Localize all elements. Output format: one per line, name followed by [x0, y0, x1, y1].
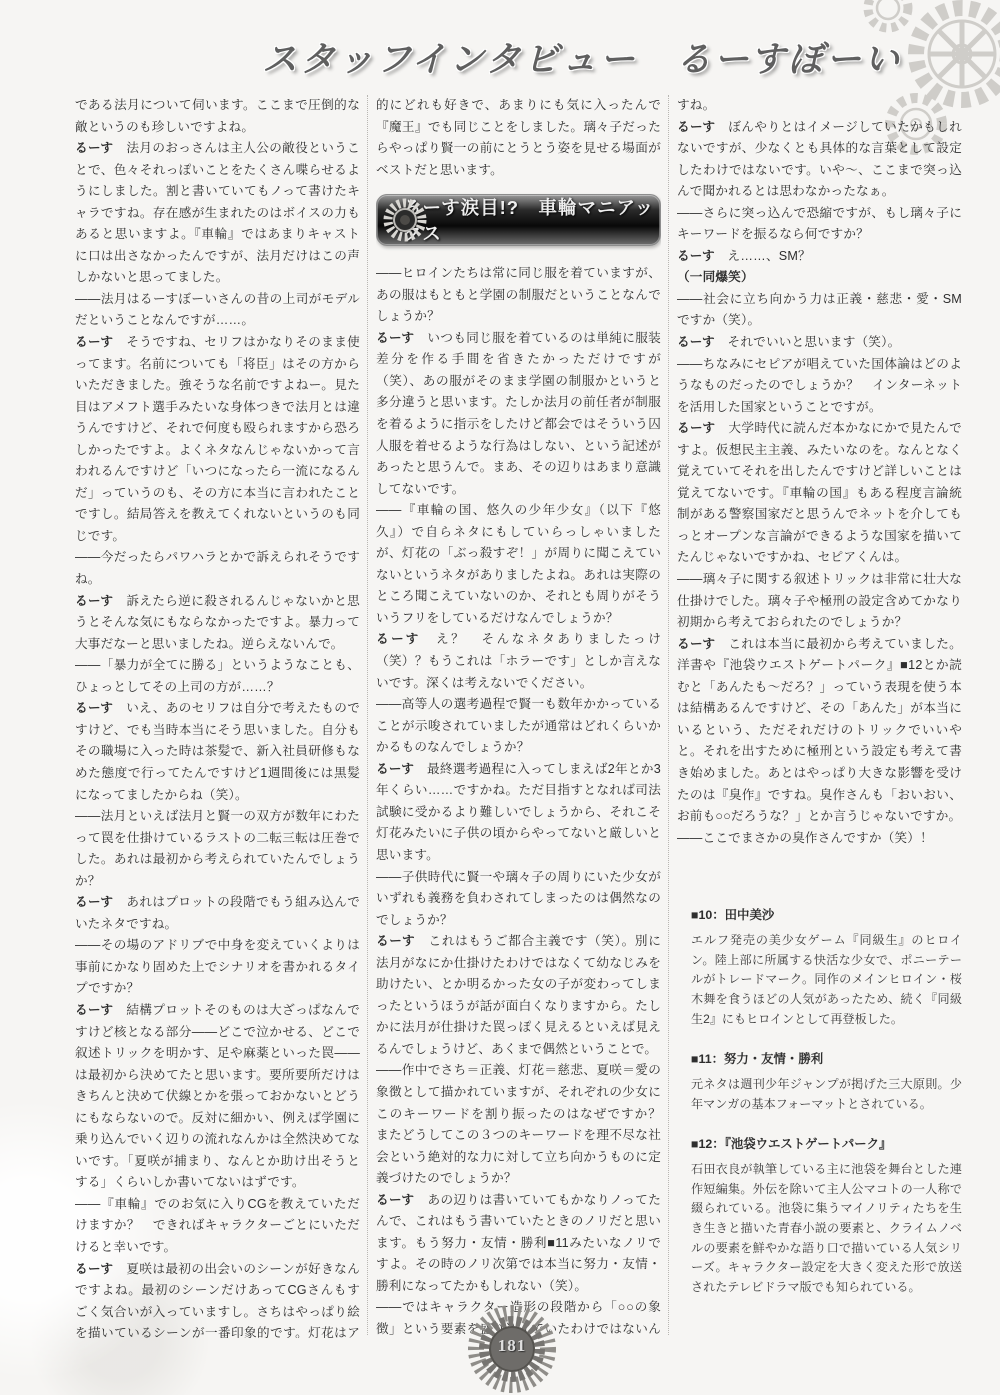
- speaker-name: るーす: [75, 701, 113, 715]
- interview-answer: るーす え？ そんなネタありましたっけ（笑）？もうこれは「ホラーです」としか言え…: [376, 629, 661, 694]
- interviewer-question: ——法月といえば法月と賢一の双方が数年にわたって罠を仕掛けているラストの二転三転…: [75, 806, 360, 892]
- speaker-name: るーす: [376, 331, 414, 345]
- interview-answer: るーす 夏咲は最初の出会いのシーンが好きなんですよね。最初のシーンだけあってCG…: [75, 1259, 360, 1338]
- footnote-body: 元ネタは週刊少年ジャンプが掲げた三大原則。少年マンガの基本フォーマットとされてい…: [691, 1075, 962, 1114]
- speaker-name: るーす: [75, 594, 113, 608]
- column-divider: [367, 95, 368, 1335]
- speaker-name: るーす: [376, 762, 414, 776]
- speaker-name: るーす: [75, 1262, 113, 1276]
- footnote-title: ■12：『池袋ウエストゲートパーク』: [691, 1135, 962, 1153]
- paragraph-continuation: 的にどれも好きで、あまりにも気に入ったんで『魔王』でも同じことをしました。璃々子…: [376, 95, 661, 181]
- speaker-name: るーす: [75, 141, 113, 155]
- column-middle: 的にどれも好きで、あまりにも気に入ったんで『魔王』でも同じことをしました。璃々子…: [376, 95, 661, 1338]
- article-body: である法月について伺います。ここまで圧倒的な敵というのも珍しいですよね。るーす …: [75, 95, 962, 1338]
- interviewer-question: ——その場のアドリブで中身を変えていくよりは事前にかなり固めた上でシナリオを書か…: [75, 935, 360, 1000]
- interview-answer: るーす いえ、あのセリフは自分で考えたものですけど、でも当時本当にそう思いました…: [75, 698, 360, 806]
- footnote-title: ■10：田中美沙: [691, 906, 962, 924]
- paragraph-continuation: である法月について伺います。ここまで圧倒的な敵というのも珍しいですよね。: [75, 95, 360, 138]
- interview-answer: るーす 結構プロットそのものは大ざっぱなんですけど核となる部分——どこで泣かせる…: [75, 1000, 360, 1194]
- speaker-name: るーす: [75, 1003, 113, 1017]
- stage-direction: （一同爆笑）: [677, 267, 962, 289]
- interviewer-question: ——「暴力が全てに勝る」というようなことも、ひょっとしてその上司の方が……？: [75, 655, 360, 698]
- speaker-name: るーす: [677, 120, 715, 134]
- page-title: スタッフインタビュー るーすぼーい: [0, 40, 902, 80]
- interview-answer: るーす 法月のおっさんは主人公の敵役ということで、色々それっぽいことをたくさん喋…: [75, 138, 360, 289]
- column-right: すね。るーす ぼんやりとはイメージしていたかもしれないですが、少なくとも具体的な…: [677, 95, 962, 1338]
- interview-answer: るーす ぼんやりとはイメージしていたかもしれないですが、少なくとも具体的な言葉と…: [677, 117, 962, 203]
- interviewer-question: ——ヒロインたちは常に同じ服を着ていますが、あの服はもともと学園の制服だというこ…: [376, 263, 661, 328]
- interview-answer: るーす あの辺りは書いていてもかなりノってたんで、これはもう書いていたときのノリ…: [376, 1190, 661, 1298]
- paragraph-continuation: すね。: [677, 95, 962, 117]
- interview-answer: るーす これは本当に最初から考えていました。洋書や『池袋ウエストゲートパーク』■…: [677, 634, 962, 828]
- interview-answer: るーす 訴えたら逆に殺されるんじゃないかと思うとそんな気にもならなかったですよ。…: [75, 591, 360, 656]
- speaker-name: るーす: [75, 335, 113, 349]
- interview-answer: るーす あれはプロットの段階でもう組み込んでいたネタですね。: [75, 892, 360, 935]
- footnotes-block: ■10：田中美沙エルフ発売の美少女ゲーム『同級生』のヒロイン。陸上部に所属する快…: [677, 906, 962, 1297]
- interviewer-question: ——『車輪の国、悠久の少年少女』（以下『悠久』）で自らネタにもしていらっしゃいま…: [376, 500, 661, 629]
- sunflower-icon: [381, 196, 429, 249]
- page-number: 181: [466, 1336, 558, 1356]
- speaker-name: るーす: [376, 632, 421, 646]
- section-banner: るーす涙目!? 車輪マニアックス: [376, 194, 661, 246]
- interviewer-question: ——今だったらパワハラとかで訴えられそうですね。: [75, 547, 360, 590]
- speaker-name: るーす: [677, 421, 715, 435]
- interview-answer: るーす 大学時代に読んだ本かなにかで見たんですよ。仮想民主主義、みたいなのを。な…: [677, 418, 962, 569]
- interview-answer: るーす そうですね、セリフはかなりそのまま使ってます。名前についても「将臣」はそ…: [75, 332, 360, 547]
- interviewer-question: ——ここでまさかの臭作さんですか（笑）！: [677, 828, 962, 850]
- interviewer-question: ——作中でさち＝正義、灯花＝慈悲、夏咲＝愛の象徴として描かれていますが、それぞれ…: [376, 1060, 661, 1189]
- speaker-name: るーす: [376, 1193, 414, 1207]
- interview-answer: るーす それでいいと思います（笑）。: [677, 332, 962, 354]
- speaker-name: るーす: [677, 637, 715, 651]
- interview-answer: るーす え……、SM？: [677, 246, 962, 268]
- interviewer-question: ——法月はるーすぼーいさんの昔の上司がモデルだということなんですが……。: [75, 289, 360, 332]
- footnote-body: エルフ発売の美少女ゲーム『同級生』のヒロイン。陸上部に所属する快活な少女で、ポニ…: [691, 931, 962, 1029]
- column-divider: [668, 95, 669, 1335]
- interviewer-question: ——璃々子に関する叙述トリックは非常に壮大な仕掛けでした。璃々子や極刑の設定含め…: [677, 569, 962, 634]
- speaker-name: るーす: [677, 335, 715, 349]
- interview-answer: るーす これはもうご都合主義です（笑）。別に法月がなにか仕掛けたわけではなくて幼…: [376, 931, 661, 1060]
- interviewer-question: ——高等人の選考過程で賢一も数年かかっていることが示唆されていましたが通常はどれ…: [376, 694, 661, 759]
- footnote-title: ■11：努力・友情・勝利: [691, 1050, 962, 1068]
- magazine-page: スタッフインタビュー るーすぼーい である法月について伺います。ここまで圧倒的な…: [0, 0, 1000, 1395]
- footnote-body: 石田衣良が執筆している主に池袋を舞台とした連作短編集。外伝を除いて主人公マコトの…: [691, 1160, 962, 1297]
- interview-answer: るーす 最終選考過程に入ってしまえば2年とか3年くらい……ですかね。ただ目指すと…: [376, 759, 661, 867]
- interviewer-question: ——さらに突っ込んで恐縮ですが、もし璃々子にキーワードを振るなら何ですか？: [677, 203, 962, 246]
- interviewer-question: ——『車輪』でのお気に入りCGを教えていただけますか？ できればキャラクターごと…: [75, 1194, 360, 1259]
- speaker-name: るーす: [376, 934, 415, 948]
- interviewer-question: ——ちなみにセピアが唱えていた国体論はどのようなものだったのでしょうか？ インタ…: [677, 354, 962, 419]
- column-left: である法月について伺います。ここまで圧倒的な敵というのも珍しいですよね。るーす …: [75, 95, 360, 1338]
- interview-answer: るーす いつも同じ服を着ているのは単純に服装差分を作る手間を省きたかっただけです…: [376, 328, 661, 500]
- interviewer-question: ——子供時代に賢一や璃々子の周りにいた少女がいずれも義務を負わされてしまったのは…: [376, 867, 661, 932]
- speaker-name: るーす: [677, 249, 715, 263]
- speaker-name: るーす: [75, 895, 113, 909]
- interviewer-question: ——社会に立ち向かう力は正義・慈悲・愛・SMですか（笑）。: [677, 289, 962, 332]
